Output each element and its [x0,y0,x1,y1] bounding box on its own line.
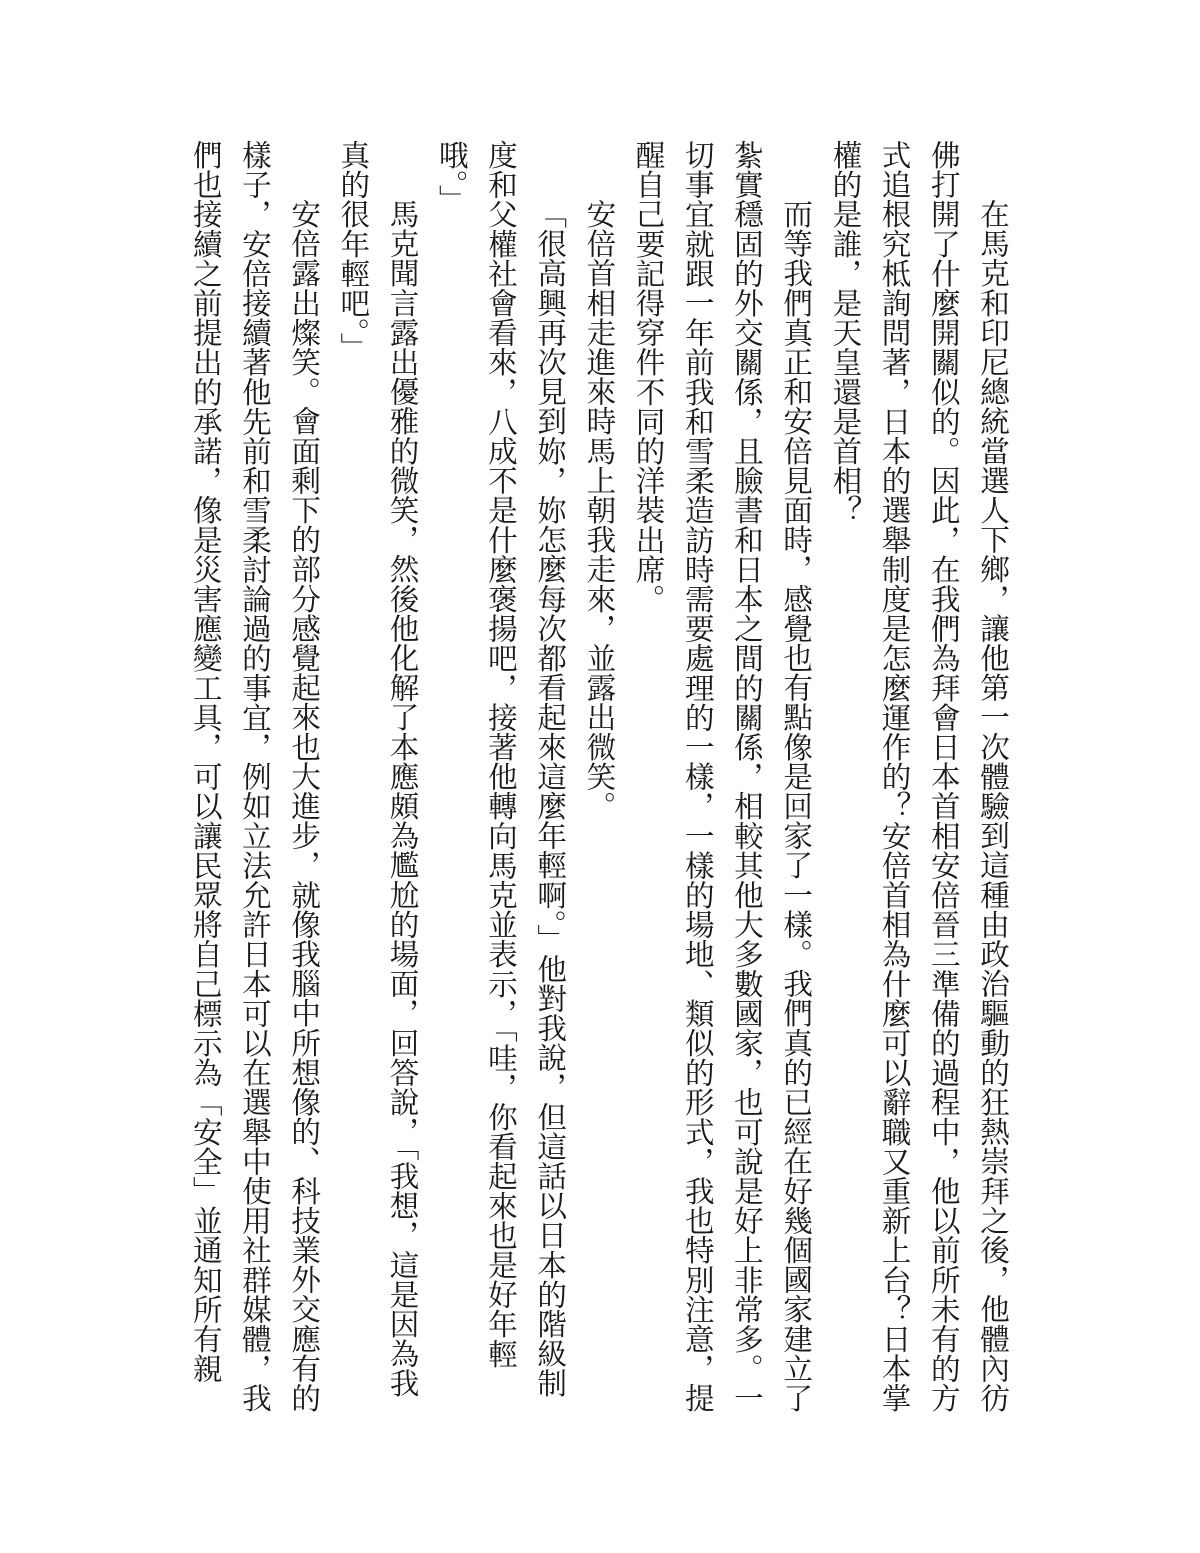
paragraph: 安倍露出燦笑。會面剩下的部分感覺起來也大進步，就像我腦中所想像的、科技業外交應有… [181,140,329,1418]
paragraph: 馬克聞言露出優雅的微笑，然後他化解了本應頗為尷尬的場面，回答說，「我想，這是因為… [328,140,426,1418]
paragraph: 而等我們真正和安倍見面時，感覺也有點像是回家了一樣。我們真的已經在好幾個國家建立… [623,140,820,1418]
paragraph: 安倍首相走進來時馬上朝我走來，並露出微笑。 [574,140,623,1418]
paragraph: 「很高興再次見到妳，妳怎麼每次都看起來這麼年輕啊。」他對我說，但這話以日本的階級… [427,140,575,1418]
vertical-text-block: 在馬克和印尼總統當選人下鄉，讓他第一次體驗到這種由政治驅動的狂熱崇拜之後，他體內… [177,140,1017,1418]
book-page: 在馬克和印尼總統當選人下鄉，讓他第一次體驗到這種由政治驅動的狂熱崇拜之後，他體內… [0,0,1200,1553]
paragraph: 在馬克和印尼總統當選人下鄉，讓他第一次體驗到這種由政治驅動的狂熱崇拜之後，他體內… [820,140,1017,1418]
